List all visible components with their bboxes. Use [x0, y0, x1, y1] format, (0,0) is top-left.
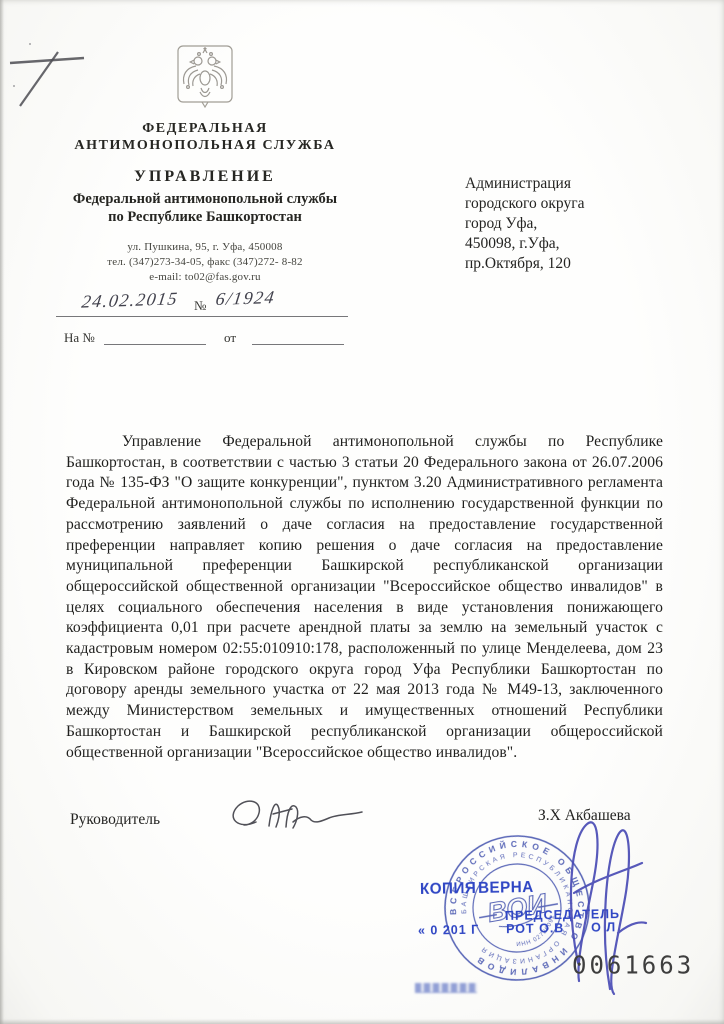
- copy-stamp-title: КОПИЯ ВЕРНА: [420, 879, 534, 899]
- address-street: ул. Пушкина, 95, г. Уфа, 450008: [40, 240, 370, 255]
- office-title: УПРАВЛЕНИЕ: [40, 168, 370, 186]
- recipient-line: пр.Октября, 120: [465, 254, 675, 274]
- scan-edge-left: [0, 0, 4, 1024]
- address-phone-fax: тел. (347)273-34-05, факс (347)272- 8-82: [40, 255, 370, 270]
- serial-number-stamp: 0061663: [572, 950, 694, 979]
- number-sign: №: [194, 298, 206, 314]
- incoming-ref-line: На № от: [56, 330, 366, 348]
- signer-position-title: Руководитель: [70, 811, 160, 829]
- faded-stamp-smudge: [415, 983, 477, 993]
- incoming-number-blank: [104, 344, 206, 345]
- office-subtitle-line1: Федеральной антимонопольной службы: [40, 189, 370, 209]
- outgoing-date-handwritten: 24.02.2015: [80, 288, 180, 312]
- address-email: e-mail: to02@fas.gov.ru: [40, 270, 370, 285]
- agency-name-line2: АНТИМОНОПОЛЬНАЯ СЛУЖБА: [40, 137, 370, 154]
- incoming-from-label: от: [224, 330, 236, 346]
- recipient-line: 450098, г.Уфа,: [465, 234, 675, 254]
- incoming-date-blank: [252, 344, 344, 345]
- head-signature-ink: [216, 792, 366, 840]
- recipient-address-block: Администрация городского округа город Уф…: [465, 174, 675, 274]
- scan-edge-bottom: [0, 1019, 724, 1024]
- outgoing-number-handwritten: 6/1924: [214, 287, 276, 310]
- scanned-letter-page: ФЕДЕРАЛЬНАЯ АНТИМОНОПОЛЬНАЯ СЛУЖБА УПРАВ…: [0, 0, 724, 1024]
- letterhead: ФЕДЕРАЛЬНАЯ АНТИМОНОПОЛЬНАЯ СЛУЖБА УПРАВ…: [40, 44, 370, 285]
- letterhead-address: ул. Пушкина, 95, г. Уфа, 450008 тел. (34…: [40, 240, 370, 285]
- agency-name-line1: ФЕДЕРАЛЬНАЯ: [40, 120, 370, 137]
- outgoing-ref-underline: 24.02.2015 № 6/1924: [56, 286, 348, 317]
- recipient-line: город Уфа,: [465, 214, 675, 234]
- letter-body-paragraph: Управление Федеральной антимонопольной с…: [66, 432, 663, 763]
- state-emblem-double-headed-eagle-icon: [176, 44, 234, 110]
- recipient-line: городского округа: [465, 194, 675, 214]
- office-subtitle-line2: по Республике Башкортостан: [40, 207, 370, 227]
- recipient-line: Администрация: [465, 174, 675, 194]
- incoming-ref-label: На №: [64, 330, 95, 346]
